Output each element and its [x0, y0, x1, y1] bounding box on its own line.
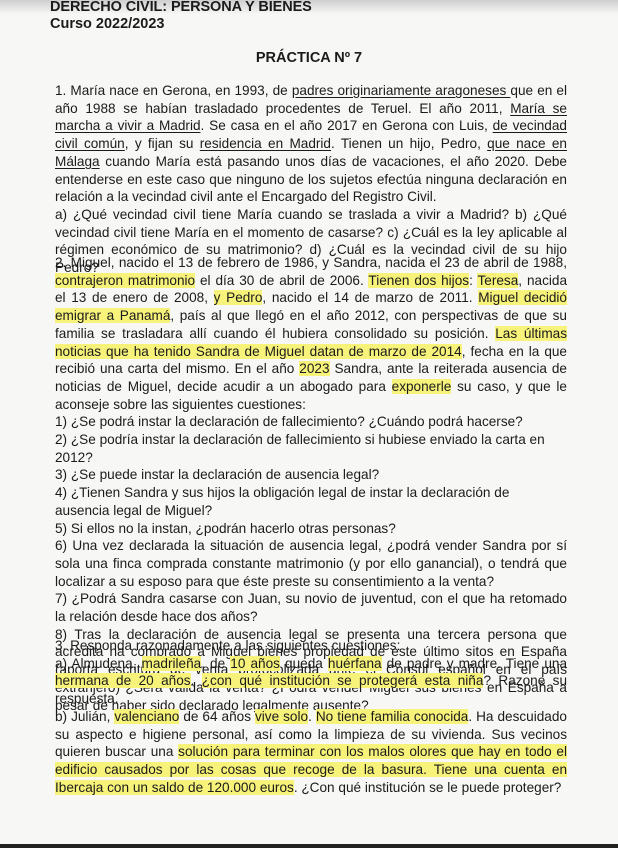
- exercise-1: 1. María nace en Gerona, en 1993, de pad…: [55, 82, 567, 277]
- highlighted-text: vive solo: [255, 709, 308, 724]
- highlighted-text: huérfana: [328, 656, 382, 671]
- highlighted-text: ¿con qué institución se protegerá esta n…: [202, 673, 484, 688]
- exercise-3: 3. Responda razonadamente a las siguient…: [55, 637, 567, 796]
- course-year: Curso 2022/2023: [50, 16, 164, 32]
- highlighted-text: contrajeron matrimonio: [55, 273, 195, 288]
- highlighted-text: Tienen dos hijos: [368, 273, 469, 288]
- document-page: DERECHO CIVIL: PERSONA Y BIENES Curso 20…: [0, 0, 618, 848]
- question-2: 2) ¿Se podría instar la declaración de f…: [55, 431, 567, 466]
- exercise-3-case-a: a) Almudena, madrileña, de 10 años queda…: [55, 655, 567, 708]
- practice-title: PRÁCTICA Nº 7: [0, 50, 618, 66]
- underlined-text: padres originariamente aragoneses: [292, 83, 511, 98]
- course-title: DERECHO CIVIL: PERSONA Y BIENES: [50, 0, 312, 15]
- exercise-1-statement: 1. María nace en Gerona, en 1993, de pad…: [55, 82, 567, 206]
- scan-edge: [0, 844, 618, 848]
- question-5: 5) Si ellos no la instan, ¿podrán hacerl…: [55, 520, 567, 538]
- highlighted-text: Teresa: [477, 273, 518, 288]
- question-4: 4) ¿Tienen Sandra y sus hijos la obligac…: [55, 484, 567, 519]
- highlighted-text: exponerle: [392, 379, 452, 394]
- highlighted-text: madrileña: [142, 656, 202, 671]
- question-1: 1) ¿Se podrá instar la declaración de fa…: [55, 413, 567, 431]
- question-3: 3) ¿Se puede instar la declaración de au…: [55, 466, 567, 484]
- highlighted-text: 2023: [299, 361, 329, 376]
- exercise-2-statement: 2. Miguel, nacido el 13 de febrero de 19…: [55, 254, 567, 413]
- highlighted-text: y Pedro: [214, 290, 263, 305]
- question-7: 7) ¿Podrá Sandra casarse con Juan, su no…: [55, 590, 567, 625]
- exercise-3-intro: 3. Responda razonadamente a las siguient…: [55, 637, 567, 655]
- exercise-3-case-b: b) Julián, valenciano de 64 años vive so…: [55, 708, 567, 797]
- highlighted-text: No tiene familia conocida: [316, 709, 469, 724]
- question-6: 6) Una vez declarada la situación de aus…: [55, 537, 567, 590]
- highlighted-text: 10 años: [230, 656, 280, 671]
- highlighted-text: valenciano: [114, 709, 179, 724]
- highlighted-text: hermana de 20 años: [55, 673, 191, 688]
- underlined-text: residencia en Madrid: [200, 136, 331, 151]
